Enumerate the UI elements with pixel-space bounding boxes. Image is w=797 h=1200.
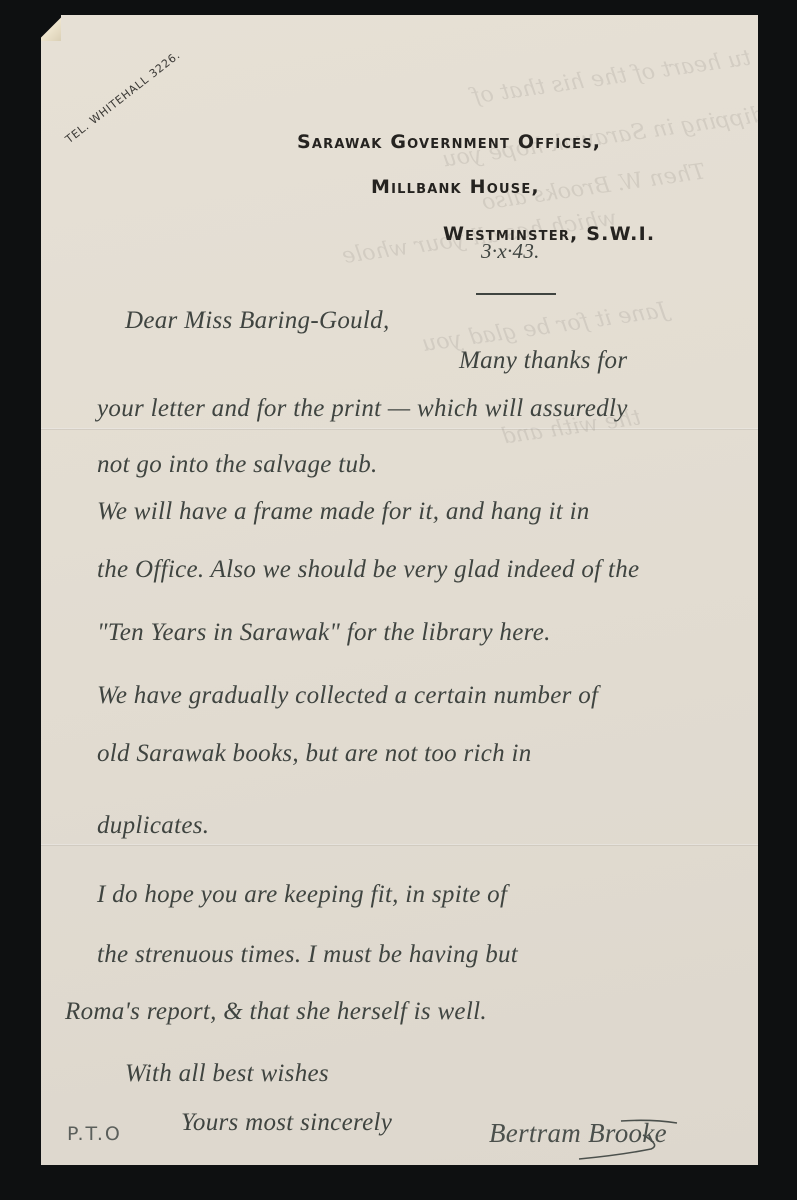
- body-line: the strenuous times. I must be having bu…: [97, 941, 518, 969]
- signature: Bertram Brooke: [489, 1118, 667, 1149]
- body-line: old Sarawak books, but are not too rich …: [97, 740, 532, 768]
- telephone-number: TEL. WHITEHALL 3226.: [63, 48, 183, 146]
- body-line: the Office. Also we should be very glad …: [97, 556, 639, 584]
- letterhead-building: Millbank House,: [371, 176, 540, 198]
- body-line: Roma's report, & that she herself is wel…: [65, 998, 487, 1026]
- letter-date: 3·x·43.: [481, 239, 540, 264]
- body-line: We have gradually collected a certain nu…: [97, 682, 598, 710]
- body-line: duplicates.: [97, 812, 209, 840]
- body-line: "Ten Years in Sarawak" for the library h…: [97, 619, 551, 647]
- body-line: Many thanks for: [459, 347, 627, 375]
- letterhead-district: Westminster, S.W.I.: [443, 223, 655, 245]
- salutation: Dear Miss Baring-Gould,: [125, 307, 390, 335]
- please-turn-over-marker: P.T.O: [67, 1123, 122, 1145]
- body-line: We will have a frame made for it, and ha…: [97, 498, 590, 526]
- body-line: I do hope you are keeping fit, in spite …: [97, 881, 507, 909]
- show-through-ink: tu heart of the his that of: [471, 46, 753, 110]
- body-line: your letter and for the print — which wi…: [97, 395, 628, 423]
- closing-line: With all best wishes: [125, 1060, 329, 1088]
- date-underline: [476, 293, 556, 295]
- folded-corner: [41, 15, 61, 41]
- fold-line-upper: [41, 428, 758, 430]
- letterhead-organization: Sarawak Government Offices,: [297, 131, 601, 153]
- body-line: not go into the salvage tub.: [97, 451, 378, 479]
- fold-line-lower: [41, 844, 758, 846]
- valediction: Yours most sincerely: [181, 1109, 392, 1137]
- letter-sheet: tu heart of the his that of dipping in S…: [41, 15, 758, 1165]
